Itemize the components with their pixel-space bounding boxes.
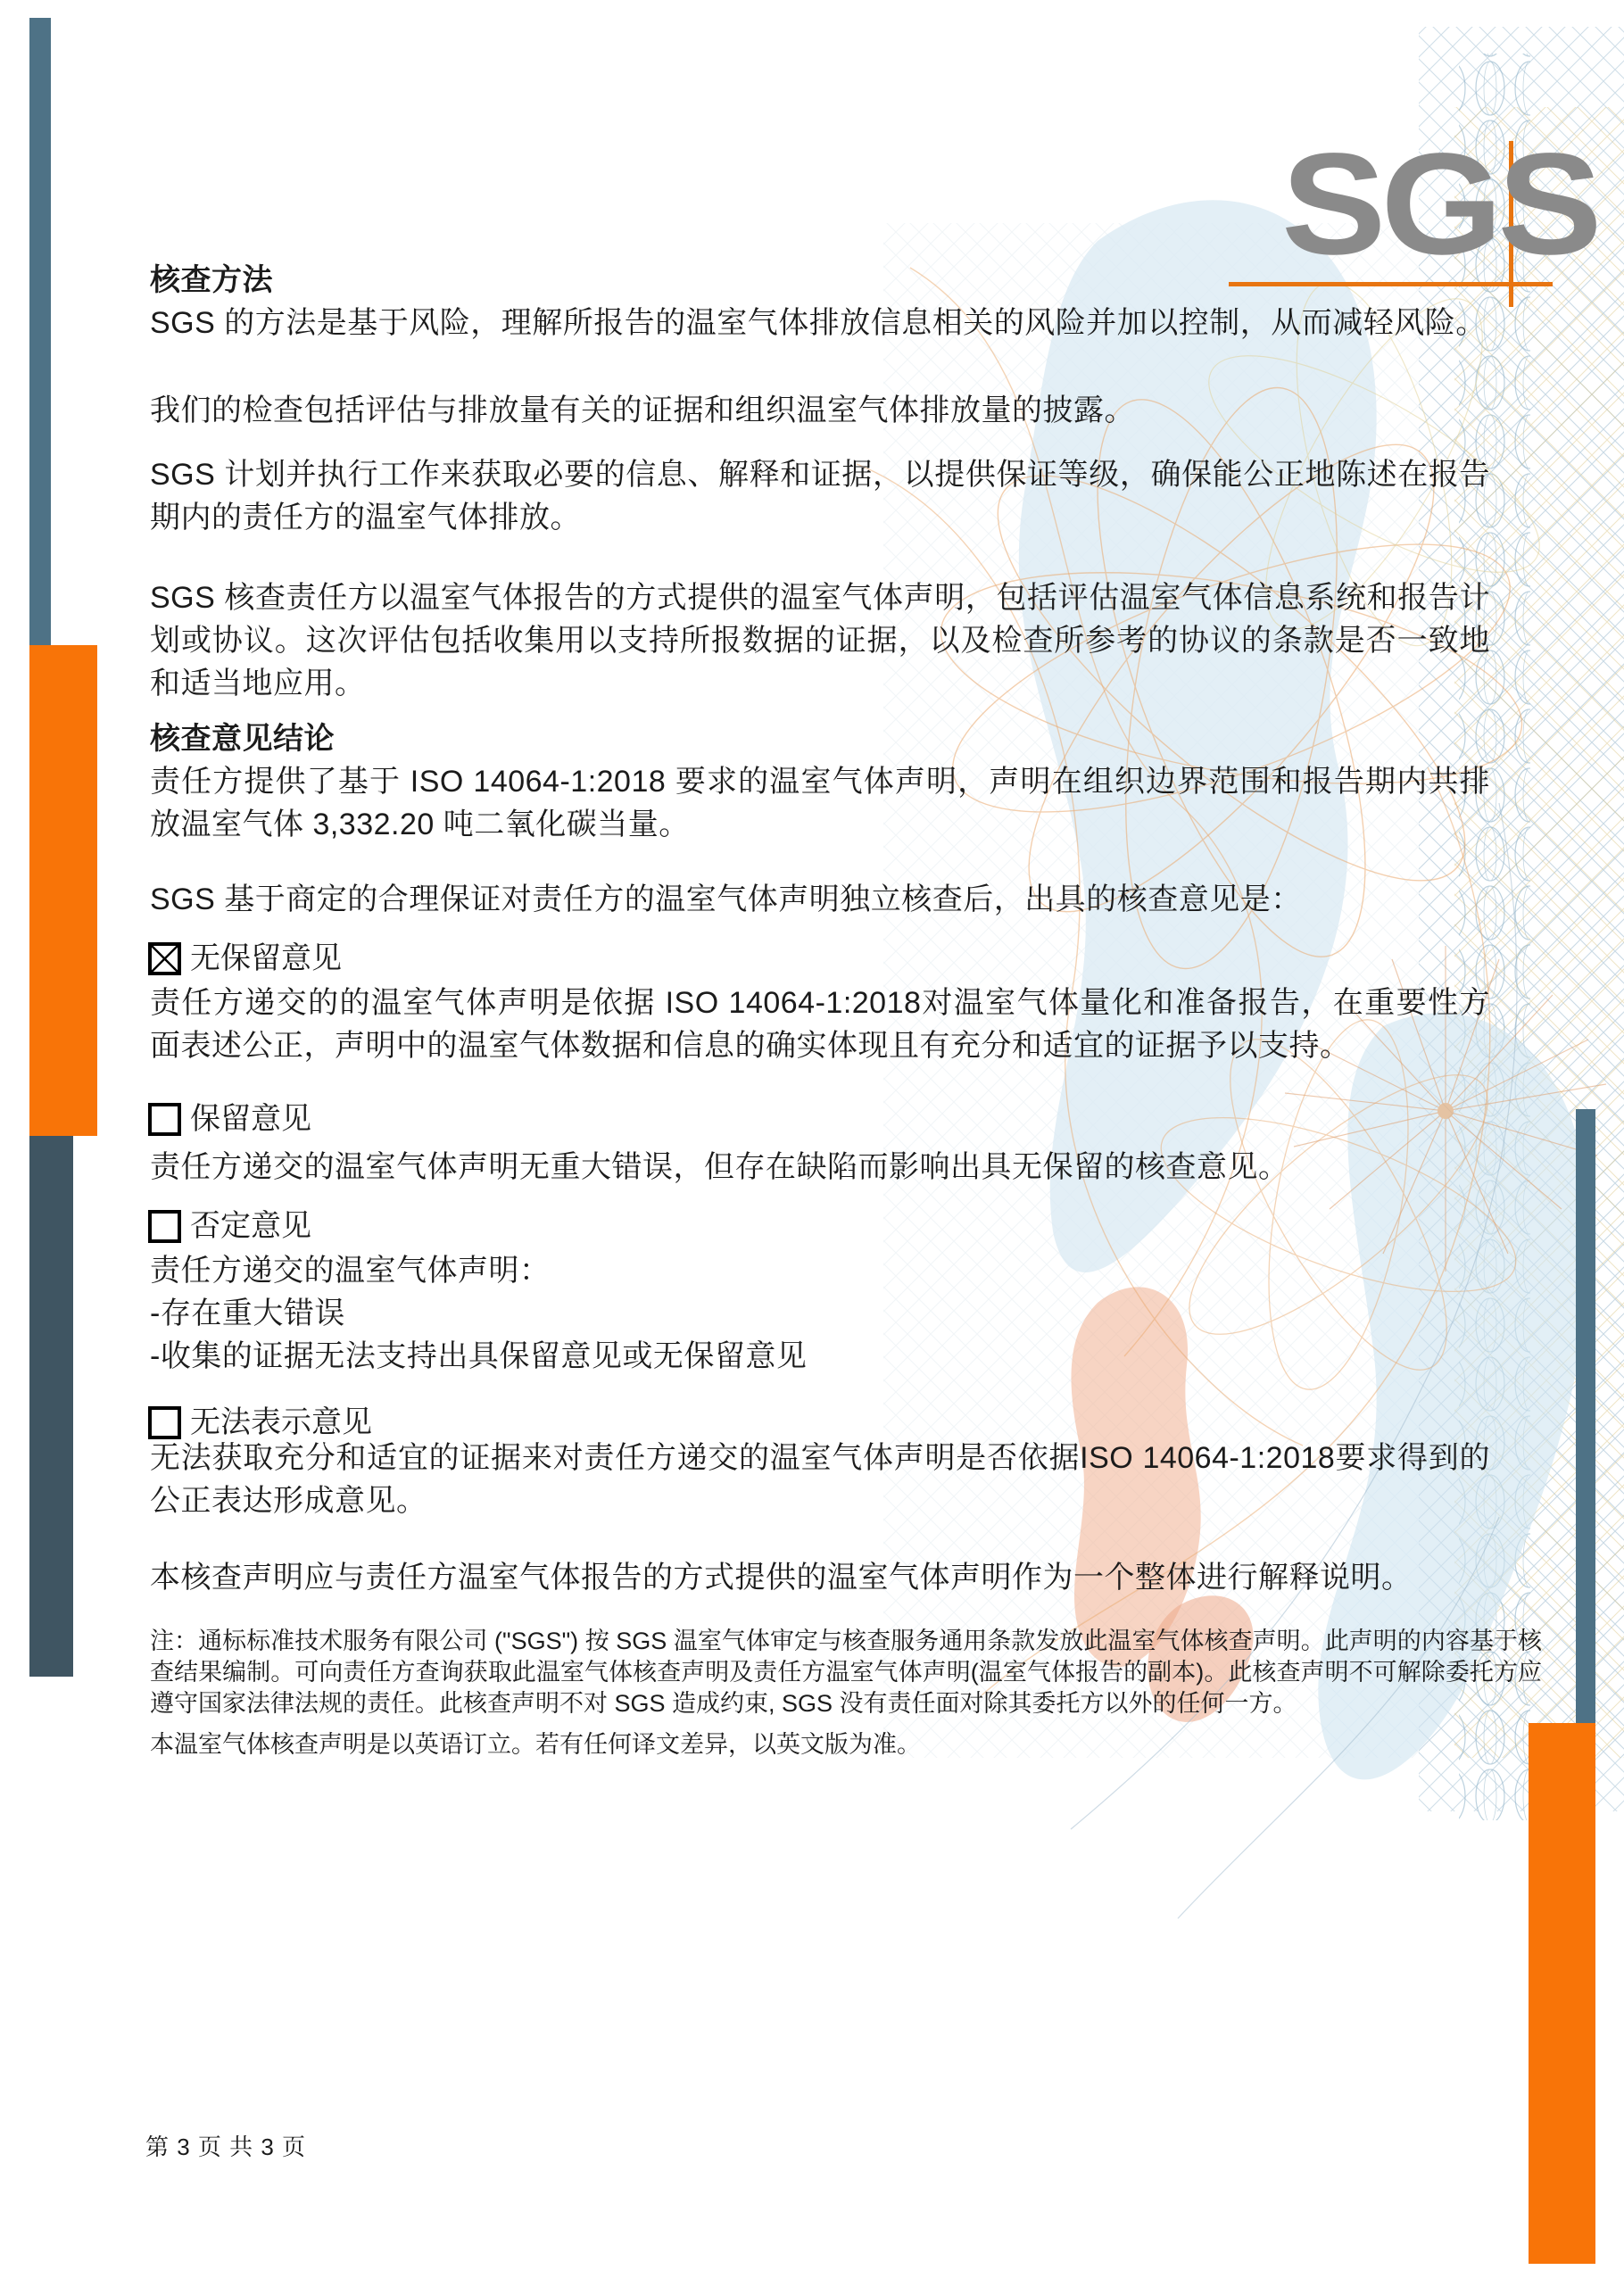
opinion-label: 否定意见 [190, 1206, 311, 1246]
section-title-conclusion: 核查意见结论 [150, 717, 1490, 760]
section-title-method: 核查方法 [150, 259, 1490, 302]
legal-note: 注：通标标准技术服务有限公司 ("SGS") 按 SGS 温室气体审定与核查服务… [150, 1626, 1542, 1719]
method-paragraph-4: SGS 核查责任方以温室气体报告的方式提供的温室气体声明，包括评估温室气体信息系… [150, 576, 1490, 705]
opinion-desc-unqualified: 责任方递交的的温室气体声明是依据 ISO 14064-1:2018对温室气体量化… [150, 982, 1490, 1067]
checkbox-unchecked-icon [148, 1103, 181, 1136]
opinion-desc-adverse: 责任方递交的温室气体声明： -存在重大错误 -收集的证据无法支持出具保留意见或无… [150, 1249, 1490, 1378]
method-paragraph-2: 我们的检查包括评估与排放量有关的证据和组织温室气体排放量的披露。 [150, 389, 1490, 432]
left-bottom-slate-bar [29, 1136, 73, 1677]
opinion-label: 保留意见 [190, 1099, 311, 1139]
opinion-option-adverse: 否定意见 [148, 1206, 311, 1246]
language-note: 本温室气体核查声明是以英语订立。若有任何译文差异，以英文版为准。 [150, 1729, 1542, 1761]
document-page: { "page": { "logo_text": "SGS", "footer"… [0, 0, 1624, 2295]
right-steel-bar [1576, 1109, 1595, 1723]
checkbox-checked-icon [148, 942, 181, 975]
method-paragraph-3: SGS 计划并执行工作来获取必要的信息、解释和证据，以提供保证等级，确保能公正地… [150, 453, 1490, 539]
checkbox-unchecked-icon [148, 1210, 181, 1243]
method-paragraph-1: SGS 的方法是基于风险，理解所报告的温室气体排放信息相关的风险并加以控制，从而… [150, 302, 1490, 344]
opinion-option-unqualified: 无保留意见 [148, 939, 342, 978]
opinion-desc-qualified: 责任方递交的温室气体声明无重大错误，但存在缺陷而影响出具无保留的核查意见。 [150, 1146, 1490, 1189]
page-number: 第 3 页 共 3 页 [145, 2129, 306, 2162]
left-orange-block [29, 645, 97, 1136]
right-orange-block [1529, 1723, 1595, 2264]
conclusion-paragraph-2: SGS 基于商定的合理保证对责任方的温室气体声明独立核查后，出具的核查意见是： [150, 878, 1490, 921]
opinion-desc-disclaimer: 无法获取充分和适宜的证据来对责任方递交的温室气体声明是否依据ISO 14064-… [150, 1437, 1490, 1522]
left-top-steel-bar [29, 18, 51, 645]
opinion-label: 无保留意见 [190, 939, 342, 978]
sgs-logo-text: SGS [1281, 132, 1597, 277]
conclusion-paragraph-1: 责任方提供了基于 ISO 14064-1:2018 要求的温室气体声明，声明在组… [150, 760, 1490, 846]
closing-statement: 本核查声明应与责任方温室气体报告的方式提供的温室气体声明作为一个整体进行解释说明… [150, 1556, 1490, 1599]
checkbox-unchecked-icon [148, 1406, 181, 1439]
opinion-option-qualified: 保留意见 [148, 1099, 311, 1139]
